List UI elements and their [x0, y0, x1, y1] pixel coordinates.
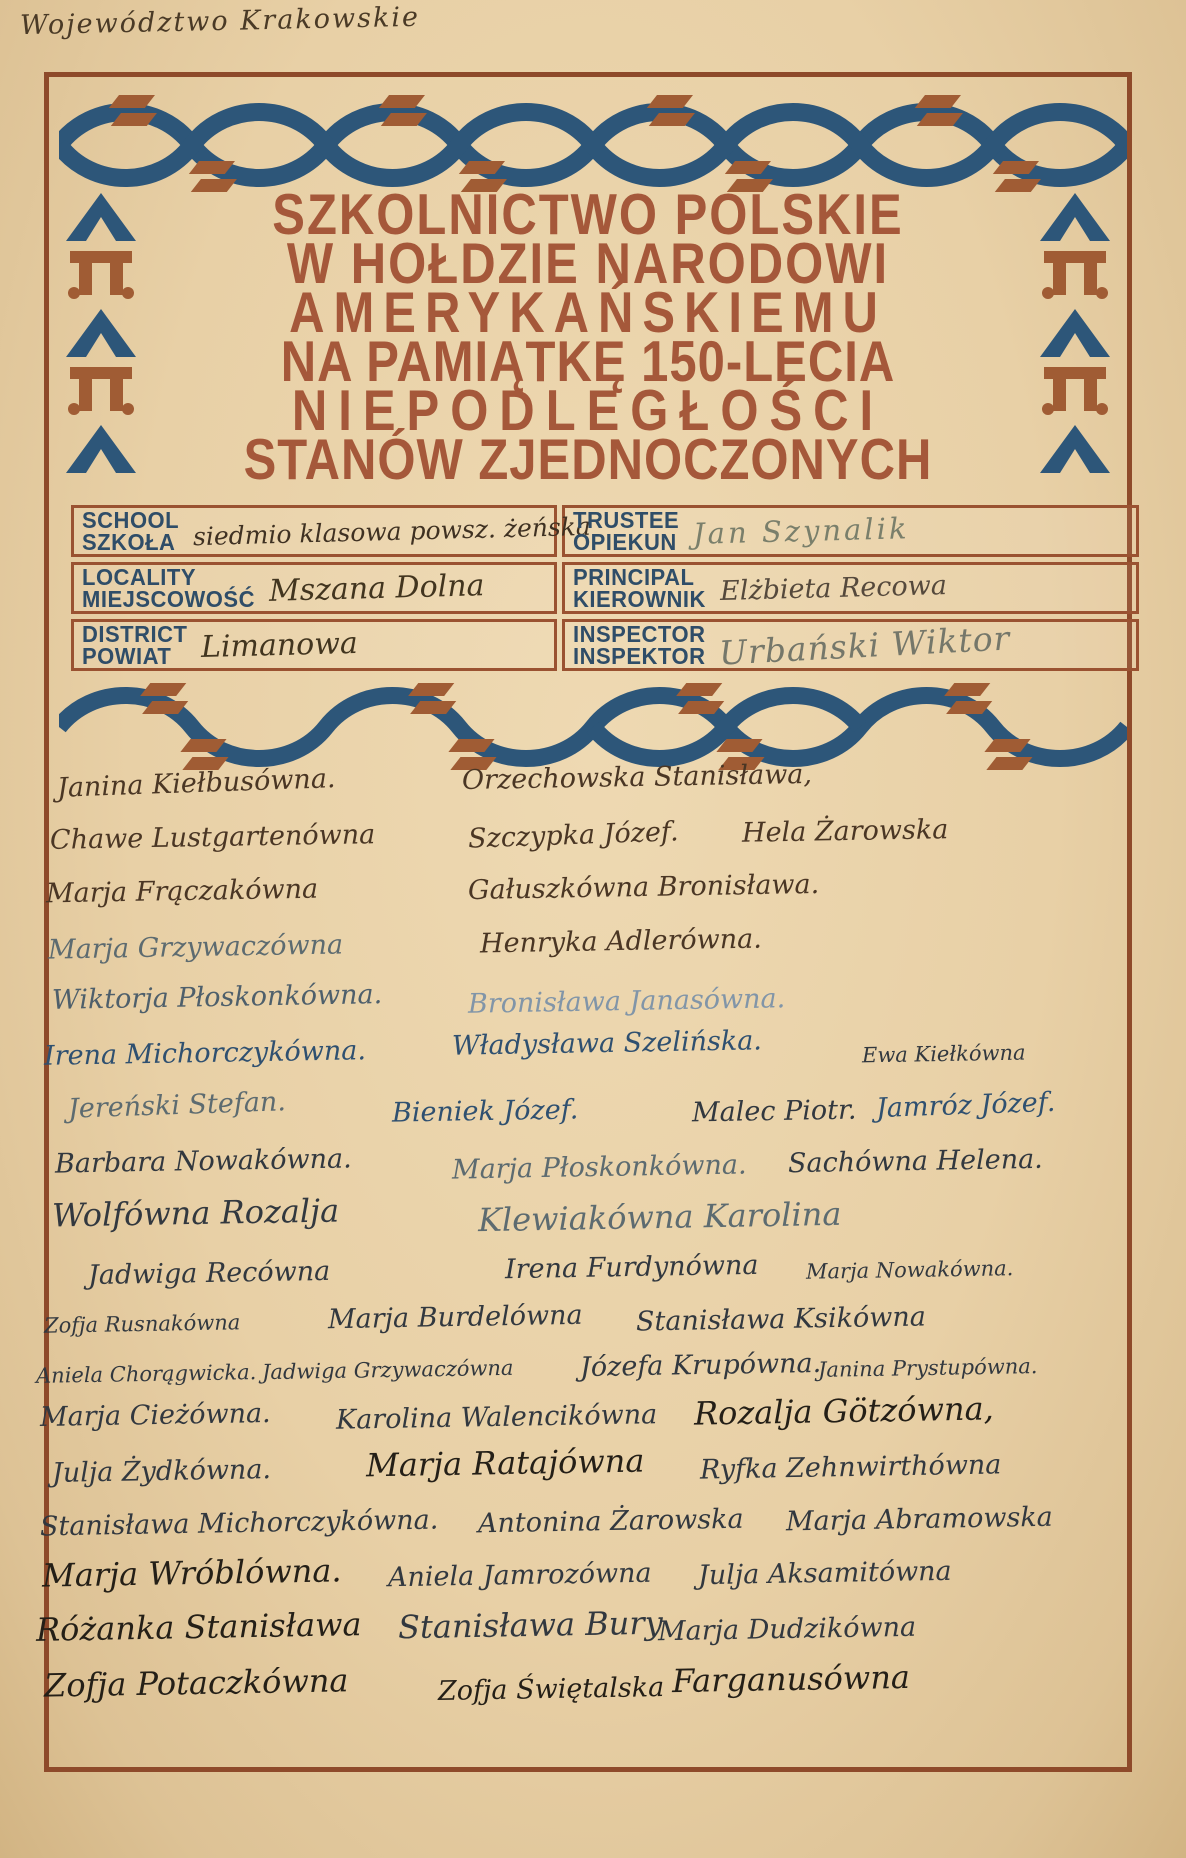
label-locality-en: LOCALITY: [82, 566, 255, 588]
poster-frame: SZKOLNICTWO POLSKIE W HOŁDZIE NARODOWI A…: [44, 72, 1132, 1772]
label-locality-pl: MIEJSCOWOŚĆ: [82, 588, 255, 610]
pi-ornament-icon: [64, 365, 138, 417]
trustee-value: Jan Szynalik: [693, 511, 910, 551]
title-block: SZKOLNICTWO POLSKIE W HOŁDZIE NARODOWI A…: [49, 185, 1127, 485]
chevron-icon: [64, 307, 138, 359]
form-cell-trustee: TRUSTEEOPIEKUN Jan Szynalik: [562, 505, 1139, 557]
title-text: SZKOLNICTWO POLSKIE W HOŁDZIE NARODOWI A…: [153, 185, 1023, 485]
school-info-form: SCHOOLSZKOŁA siedmio klasowa powsz. żeńs…: [71, 505, 1139, 671]
label-school-en: SCHOOL: [82, 509, 179, 531]
locality-value: Mszana Dolna: [269, 568, 485, 609]
chevron-icon: [1038, 423, 1112, 475]
right-ornament-column: [1023, 185, 1127, 485]
label-district-pl: POWIAT: [82, 645, 187, 667]
form-cell-school: SCHOOLSZKOŁA siedmio klasowa powsz. żeńs…: [71, 505, 557, 557]
principal-value: Elżbieta Recowa: [719, 570, 947, 607]
label-trustee-pl: OPIEKUN: [573, 531, 679, 553]
pi-ornament-icon: [1038, 249, 1112, 301]
label-district-en: DISTRICT: [82, 623, 187, 645]
form-cell-principal: PRINCIPALKIEROWNIK Elżbieta Recowa: [562, 562, 1139, 614]
chevron-icon: [1038, 307, 1112, 359]
pi-ornament-icon: [1038, 365, 1112, 417]
left-ornament-column: [49, 185, 153, 485]
label-inspector-pl: INSPEKTOR: [573, 645, 705, 667]
inspector-signature: Urbański Wiktor: [719, 618, 1012, 672]
label-inspector-en: INSPECTOR: [573, 623, 705, 645]
form-cell-inspector: INSPECTORINSPEKTOR Urbański Wiktor: [562, 619, 1139, 671]
title-line: STANÓW ZJEDNOCZONYCH: [153, 432, 1023, 490]
label-principal-en: PRINCIPAL: [573, 566, 706, 588]
pi-ornament-icon: [64, 249, 138, 301]
label-school-pl: SZKOŁA: [82, 531, 179, 553]
wave-ornament-bottom: [59, 677, 1127, 777]
chevron-icon: [1038, 191, 1112, 243]
form-cell-district: DISTRICTPOWIAT Limanowa: [71, 619, 557, 671]
handwritten-region-note: Województwo Krakowskie: [20, 2, 420, 41]
label-principal-pl: KIEROWNIK: [573, 588, 706, 610]
chevron-icon: [64, 423, 138, 475]
chevron-icon: [64, 191, 138, 243]
school-value: siedmio klasowa powsz. żeńska: [193, 511, 591, 550]
label-trustee-en: TRUSTEE: [573, 509, 679, 531]
form-cell-locality: LOCALITYMIEJSCOWOŚĆ Mszana Dolna: [71, 562, 557, 614]
district-value: Limanowa: [201, 625, 359, 664]
document-page: Województwo Krakowskie: [0, 0, 1186, 1858]
